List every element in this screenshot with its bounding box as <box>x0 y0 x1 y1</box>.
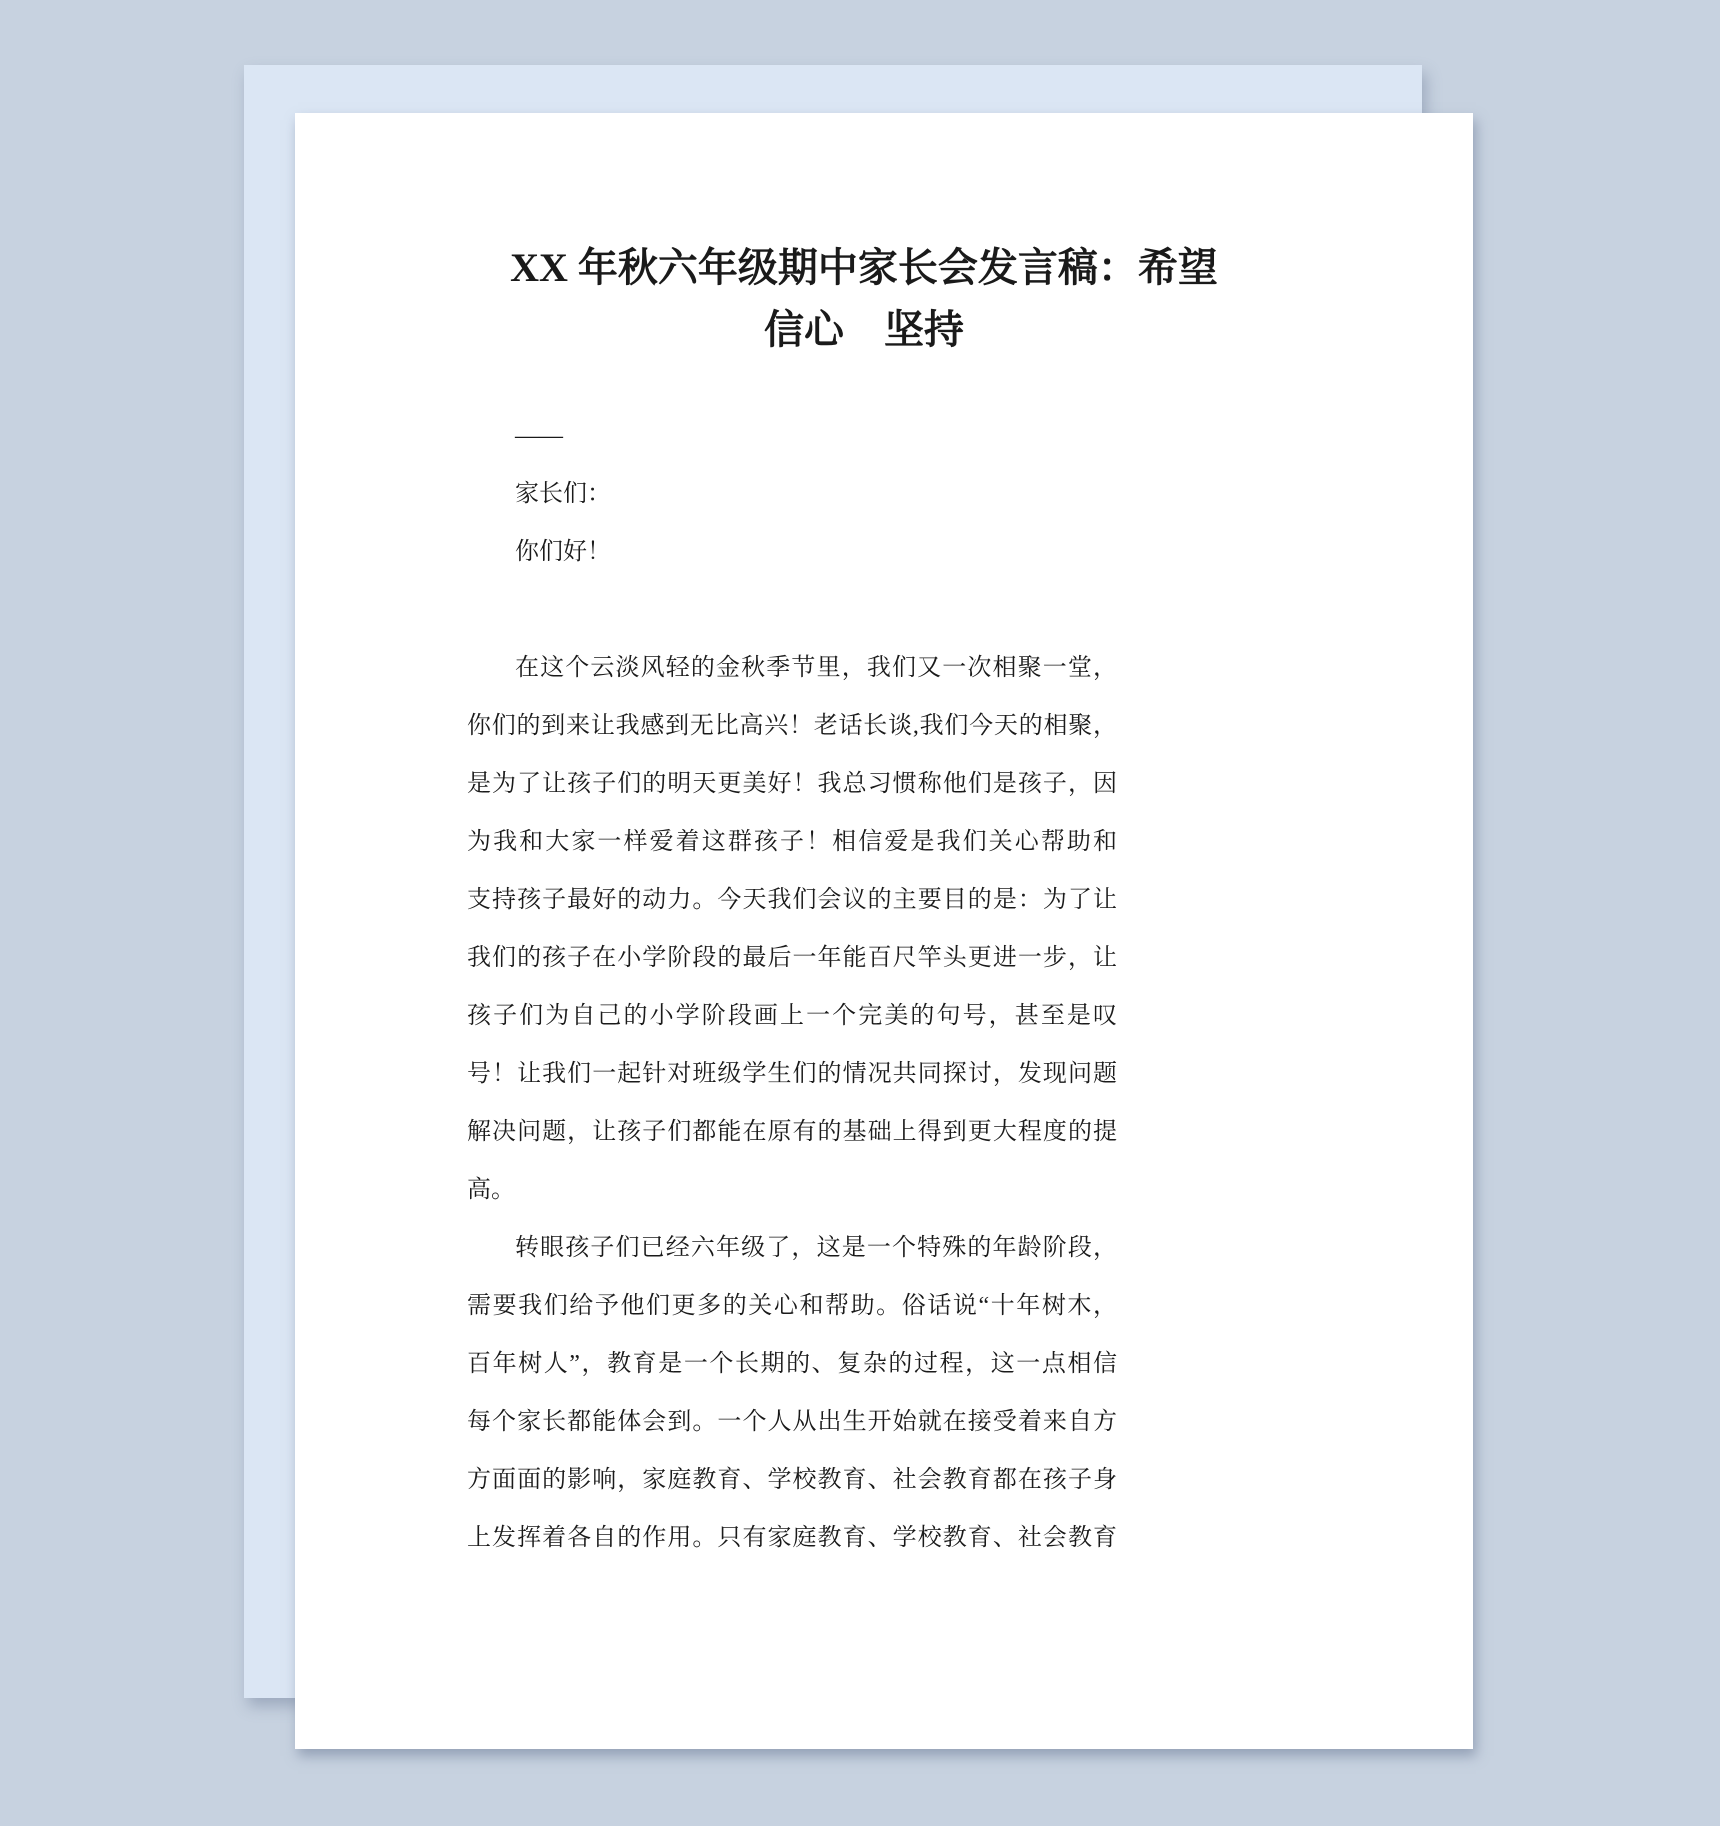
blank-line <box>467 581 1117 639</box>
text-line: 孩子们为自己的小学阶段画上一个完美的句号，甚至是叹 <box>467 987 1117 1045</box>
desktop-background: XX 年秋六年级期中家长会发言稿：希望 信心 坚持 ——家长们：你们好！在这个云… <box>0 0 1720 1826</box>
text-line: 家长们： <box>467 465 1117 523</box>
document-title-line-2: 信心 坚持 <box>240 299 1488 361</box>
text-line: 每个家长都能体会到。一个人从出生开始就在接受着来自方 <box>467 1393 1117 1451</box>
text-line: 支持孩子最好的动力。今天我们会议的主要目的是：为了让 <box>467 871 1117 929</box>
text-line: 需要我们给予他们更多的关心和帮助。俗话说“十年树木， <box>467 1277 1117 1335</box>
text-line: 高。 <box>467 1161 1117 1219</box>
text-line: 我们的孩子在小学阶段的最后一年能百尺竿头更进一步，让 <box>467 929 1117 987</box>
text-line: 上发挥着各自的作用。只有家庭教育、学校教育、社会教育 <box>467 1509 1117 1567</box>
document-body: ——家长们：你们好！在这个云淡风轻的金秋季节里，我们又一次相聚一堂，你们的到来让… <box>467 407 1117 1567</box>
text-line: 在这个云淡风轻的金秋季节里，我们又一次相聚一堂， <box>467 639 1117 697</box>
text-line: 百年树人”，教育是一个长期的、复杂的过程，这一点相信 <box>467 1335 1117 1393</box>
text-line: 为我和大家一样爱着这群孩子！相信爱是我们关心帮助和 <box>467 813 1117 871</box>
document-title: XX 年秋六年级期中家长会发言稿：希望 信心 坚持 <box>240 237 1488 361</box>
text-line: 是为了让孩子们的明天更美好！我总习惯称他们是孩子，因 <box>467 755 1117 813</box>
document-page: XX 年秋六年级期中家长会发言稿：希望 信心 坚持 ——家长们：你们好！在这个云… <box>295 113 1473 1749</box>
text-line: 解决问题，让孩子们都能在原有的基础上得到更大程度的提 <box>467 1103 1117 1161</box>
text-line: 你们好！ <box>467 523 1117 581</box>
document-title-line-1: XX 年秋六年级期中家长会发言稿：希望 <box>240 237 1488 299</box>
text-line: —— <box>467 407 1117 465</box>
text-line: 你们的到来让我感到无比高兴！老话长谈,我们今天的相聚， <box>467 697 1117 755</box>
text-line: 号！让我们一起针对班级学生们的情况共同探讨，发现问题 <box>467 1045 1117 1103</box>
text-line: 方面面的影响，家庭教育、学校教育、社会教育都在孩子身 <box>467 1451 1117 1509</box>
text-line: 转眼孩子们已经六年级了，这是一个特殊的年龄阶段， <box>467 1219 1117 1277</box>
